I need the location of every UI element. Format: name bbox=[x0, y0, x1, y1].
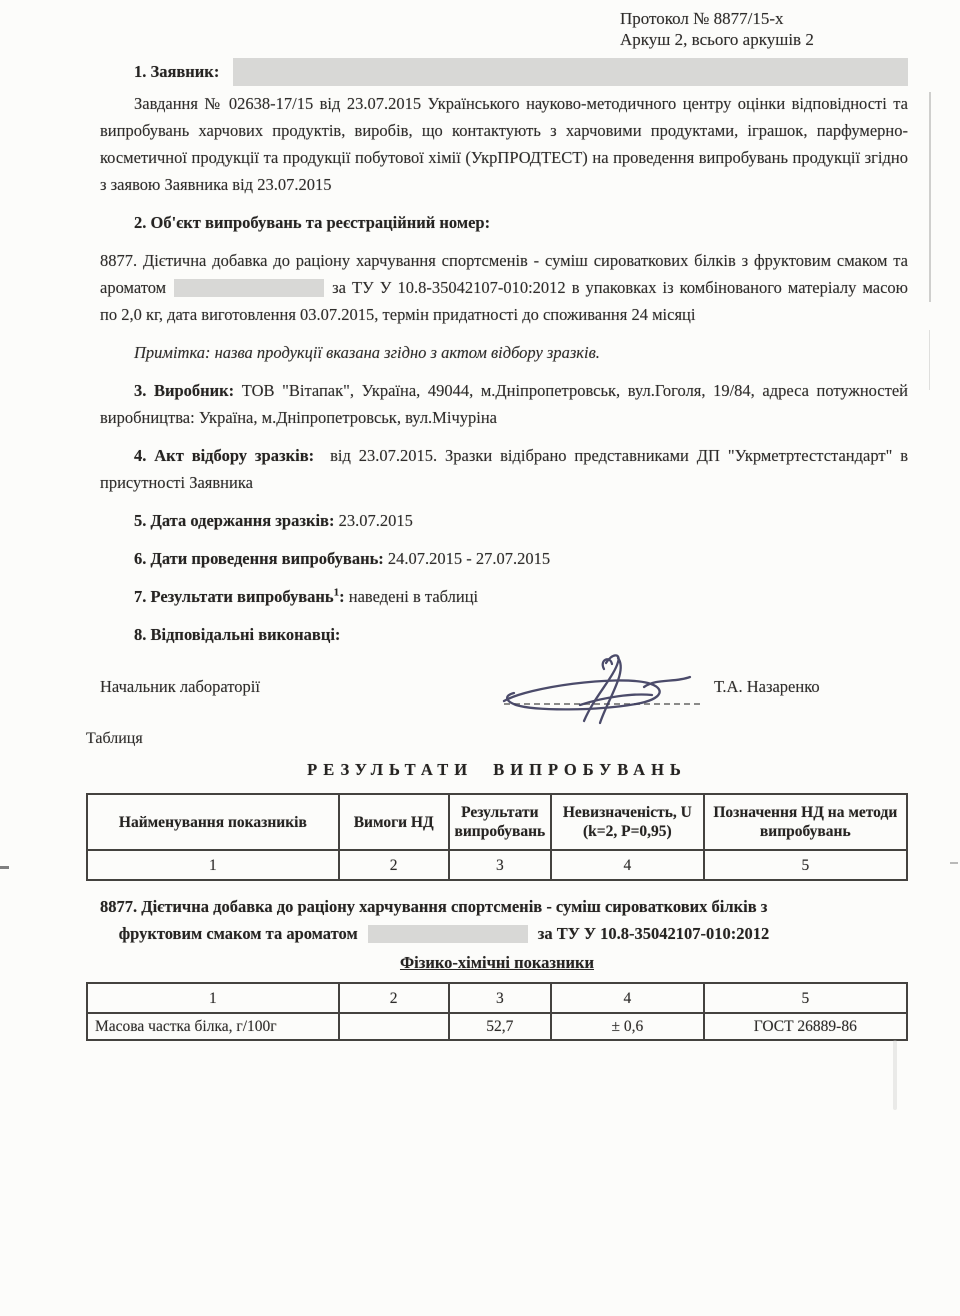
signatory-name: Т.А. Назаренко bbox=[714, 673, 820, 700]
scan-artifact-smudge bbox=[893, 1040, 897, 1110]
col-number: 2 bbox=[339, 850, 449, 880]
product-line1: 8877. Дієтична добавка до раціону харчув… bbox=[100, 897, 767, 916]
scan-artifact-vertical-line bbox=[929, 92, 931, 302]
col-number: 5 bbox=[704, 983, 907, 1013]
numbering-row: 1 2 3 4 5 bbox=[87, 983, 907, 1013]
applicant-label: 1. Заявник: bbox=[100, 58, 219, 86]
object-paragraph: 8877. Дієтична добавка до раціону харчув… bbox=[100, 247, 908, 328]
section-object-heading: 2. Об'єкт випробувань та реєстраційний н… bbox=[100, 209, 908, 236]
date-received-text: 23.07.2015 bbox=[339, 511, 413, 530]
col-number: 2 bbox=[339, 983, 449, 1013]
col-header-nd-requirements: Вимоги НД bbox=[339, 794, 449, 850]
sampling-act-label: 4. Акт відбору зразків: bbox=[134, 446, 314, 465]
page-header: Протокол № 8877/15-х Аркуш 2, всього арк… bbox=[620, 8, 908, 50]
section-executors: 8. Відповідальні виконавці: bbox=[100, 621, 908, 648]
table-caption: Таблиця bbox=[86, 725, 908, 752]
cell-result: 52,7 bbox=[449, 1013, 552, 1040]
scan-artifact-left-dash bbox=[0, 866, 9, 869]
numbering-row: 1 2 3 4 5 bbox=[87, 850, 907, 880]
results-table-title: РЕЗУЛЬТАТИ ВИПРОБУВАНЬ bbox=[86, 756, 908, 783]
section-results: 7. Результати випробувань1: наведені в т… bbox=[100, 583, 908, 610]
product-line2-before: фруктовим смаком та ароматом bbox=[119, 924, 358, 943]
col-header-test-results: Результати випробувань bbox=[449, 794, 552, 850]
protocol-number-line: Протокол № 8877/15-х bbox=[620, 8, 908, 29]
col-header-method-nd: Позначення НД на методи випробувань bbox=[704, 794, 907, 850]
redaction-box-flavor bbox=[174, 279, 324, 297]
col-number: 5 bbox=[704, 850, 907, 880]
scan-artifact-right-dash bbox=[950, 862, 958, 864]
subtable-title: Фізико-хімічні показники bbox=[86, 949, 908, 976]
section-sampling-act: 4. Акт відбору зразків:від 23.07.2015. З… bbox=[100, 442, 908, 496]
results-text: наведені в таблиці bbox=[349, 587, 478, 606]
cell-uncertainty: ± 0,6 bbox=[551, 1013, 704, 1040]
physico-chemical-table: 1 2 3 4 5 Масова частка білка, г/100г 52… bbox=[86, 982, 908, 1041]
col-number: 3 bbox=[449, 983, 552, 1013]
header-row: Найменування показників Вимоги НД Резуль… bbox=[87, 794, 907, 850]
product-line2: фруктовим смаком та ароматомза ТУ У 10.8… bbox=[100, 920, 788, 947]
test-dates-text: 24.07.2015 - 27.07.2015 bbox=[388, 549, 550, 568]
executors-label: 8. Відповідальні виконавці: bbox=[134, 625, 340, 644]
signatory-role: Начальник лабораторії bbox=[100, 673, 260, 700]
col-number: 4 bbox=[551, 983, 704, 1013]
product-line2-after: за ТУ У 10.8-35042107-010:2012 bbox=[538, 924, 770, 943]
redaction-box-flavor-2 bbox=[368, 925, 528, 943]
section-applicant: 1. Заявник: bbox=[100, 58, 908, 86]
cell-indicator-name: Масова частка білка, г/100г bbox=[87, 1013, 339, 1040]
results-label: 7. Результати випробувань bbox=[134, 587, 334, 606]
product-description: 8877. Дієтична добавка до раціону харчув… bbox=[100, 893, 908, 947]
test-dates-label: 6. Дати проведення випробувань: bbox=[134, 549, 384, 568]
col-header-indicator-name: Найменування показників bbox=[87, 794, 339, 850]
note-line: Примітка: назва продукції вказана згідно… bbox=[100, 339, 908, 366]
date-received-label: 5. Дата одержання зразків: bbox=[134, 511, 334, 530]
col-number: 1 bbox=[87, 983, 339, 1013]
scan-artifact-vertical-line bbox=[929, 330, 930, 390]
section-producer: 3. Виробник: ТОВ "Вітапак", Україна, 490… bbox=[100, 377, 908, 431]
redaction-box-applicant bbox=[233, 58, 908, 86]
col-number: 4 bbox=[551, 850, 704, 880]
sheet-number-line: Аркуш 2, всього аркушів 2 bbox=[620, 29, 908, 50]
object-label: 2. Об'єкт випробувань та реєстраційний н… bbox=[134, 213, 490, 232]
cell-nd-requirements bbox=[339, 1013, 449, 1040]
task-paragraph: Завдання № 02638-17/15 від 23.07.2015 Ук… bbox=[100, 90, 908, 198]
scanned-protocol-page: Протокол № 8877/15-х Аркуш 2, всього арк… bbox=[0, 0, 960, 1316]
handwritten-signature bbox=[494, 645, 714, 729]
results-colon: : bbox=[339, 587, 345, 606]
section-test-dates: 6. Дати проведення випробувань: 24.07.20… bbox=[100, 545, 908, 572]
col-number: 3 bbox=[449, 850, 552, 880]
col-header-uncertainty: Невизначеність, U (k=2, P=0,95) bbox=[551, 794, 704, 850]
col-number: 1 bbox=[87, 850, 339, 880]
data-row: Масова частка білка, г/100г 52,7 ± 0,6 Г… bbox=[87, 1013, 907, 1040]
signature-row: Начальник лабораторії Т.А. Назаренко bbox=[86, 659, 908, 723]
results-header-table: Найменування показників Вимоги НД Резуль… bbox=[86, 793, 908, 881]
producer-label: 3. Виробник: bbox=[134, 381, 234, 400]
section-date-received: 5. Дата одержання зразків: 23.07.2015 bbox=[100, 507, 908, 534]
cell-method: ГОСТ 26889-86 bbox=[704, 1013, 907, 1040]
